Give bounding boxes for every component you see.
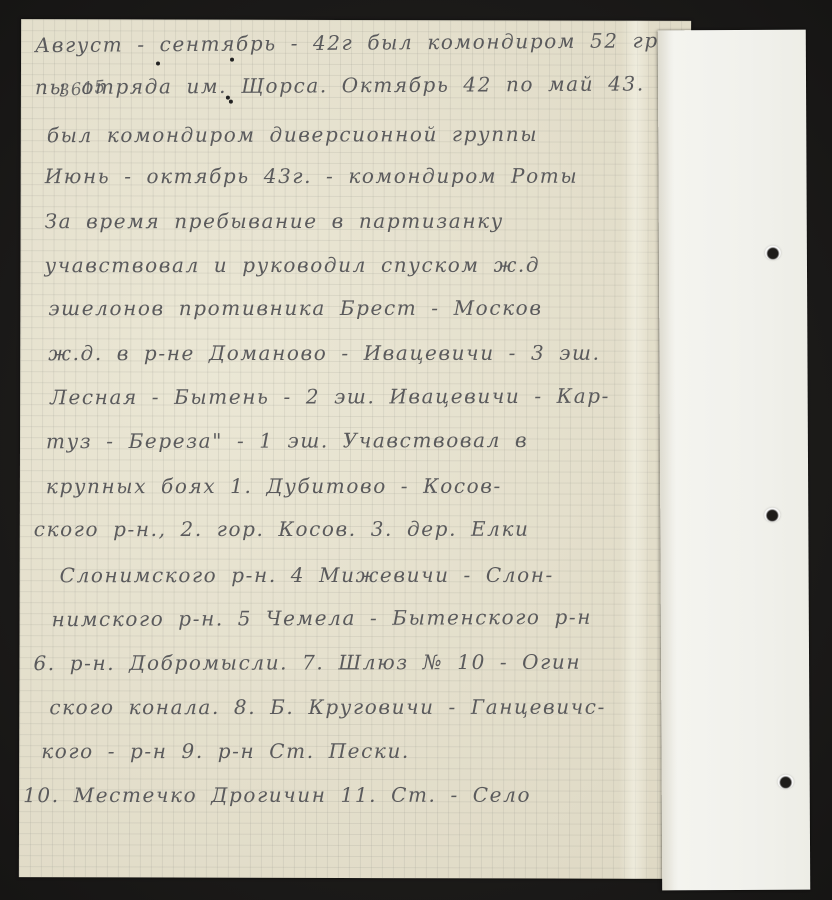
text-line: 10. Местечко Дрогичин 11. Ст. - Село [23, 783, 531, 807]
pin-hole [230, 58, 234, 62]
folded-paper-strip [658, 30, 811, 891]
text-line: ж.д. в р-не Доманово - Ивацевичи - 3 эш. [48, 341, 600, 365]
text-line: ского конала. 8. Б. Круговичи - Ганцевич… [49, 695, 606, 719]
text-line: эшелонов противника Брест - Москов [48, 296, 542, 320]
punch-hole-top [765, 246, 781, 260]
text-line: крупных боях 1. Дубитово - Косов- [46, 474, 502, 498]
punch-hole-middle [764, 508, 780, 522]
text-line: нимского р-н. 5 Чемела - Бытенского р-н [52, 605, 593, 631]
text-line: кого - р-н 9. р-н Ст. Пески. [41, 739, 410, 763]
text-line: Июнь - октябрь 43г. - комондиром Роты [45, 164, 579, 188]
text-line: ского р-н., 2. гор. Косов. 3. дер. Елки [34, 517, 530, 541]
text-line: туз - Береза" - 1 эш. Учавствовал в [46, 428, 528, 453]
text-line: учавствовал и руководил спуском ж.д [44, 253, 540, 277]
document-sheet: 3615 Август - сентябрь - 42г был комонди… [19, 19, 691, 879]
text-line: был комондиром диверсионной группы [47, 122, 538, 147]
handwritten-text-body: Август - сентябрь - 42г был комондиром 5… [19, 19, 671, 879]
strip-fold-edge [658, 30, 679, 890]
pin-hole [226, 96, 230, 100]
pin-hole [229, 100, 233, 104]
pin-hole [156, 61, 160, 65]
text-line: Лесная - Бытень - 2 эш. Ивацевичи - Кар- [50, 384, 610, 409]
text-line: 6. р-н. Добромысли. 7. Шлюз № 10 - Огин [33, 650, 581, 675]
punch-hole-bottom [778, 775, 794, 789]
text-line: Август - сентябрь - 42г был комондиром 5… [35, 28, 701, 57]
text-line: За время пребывание в партизанку [45, 209, 504, 233]
text-line: Слонимского р-н. 4 Мижевичи - Слон- [60, 563, 554, 587]
text-line: пы отряда им. Щорса. Октябрь 42 по май 4… [35, 71, 645, 99]
